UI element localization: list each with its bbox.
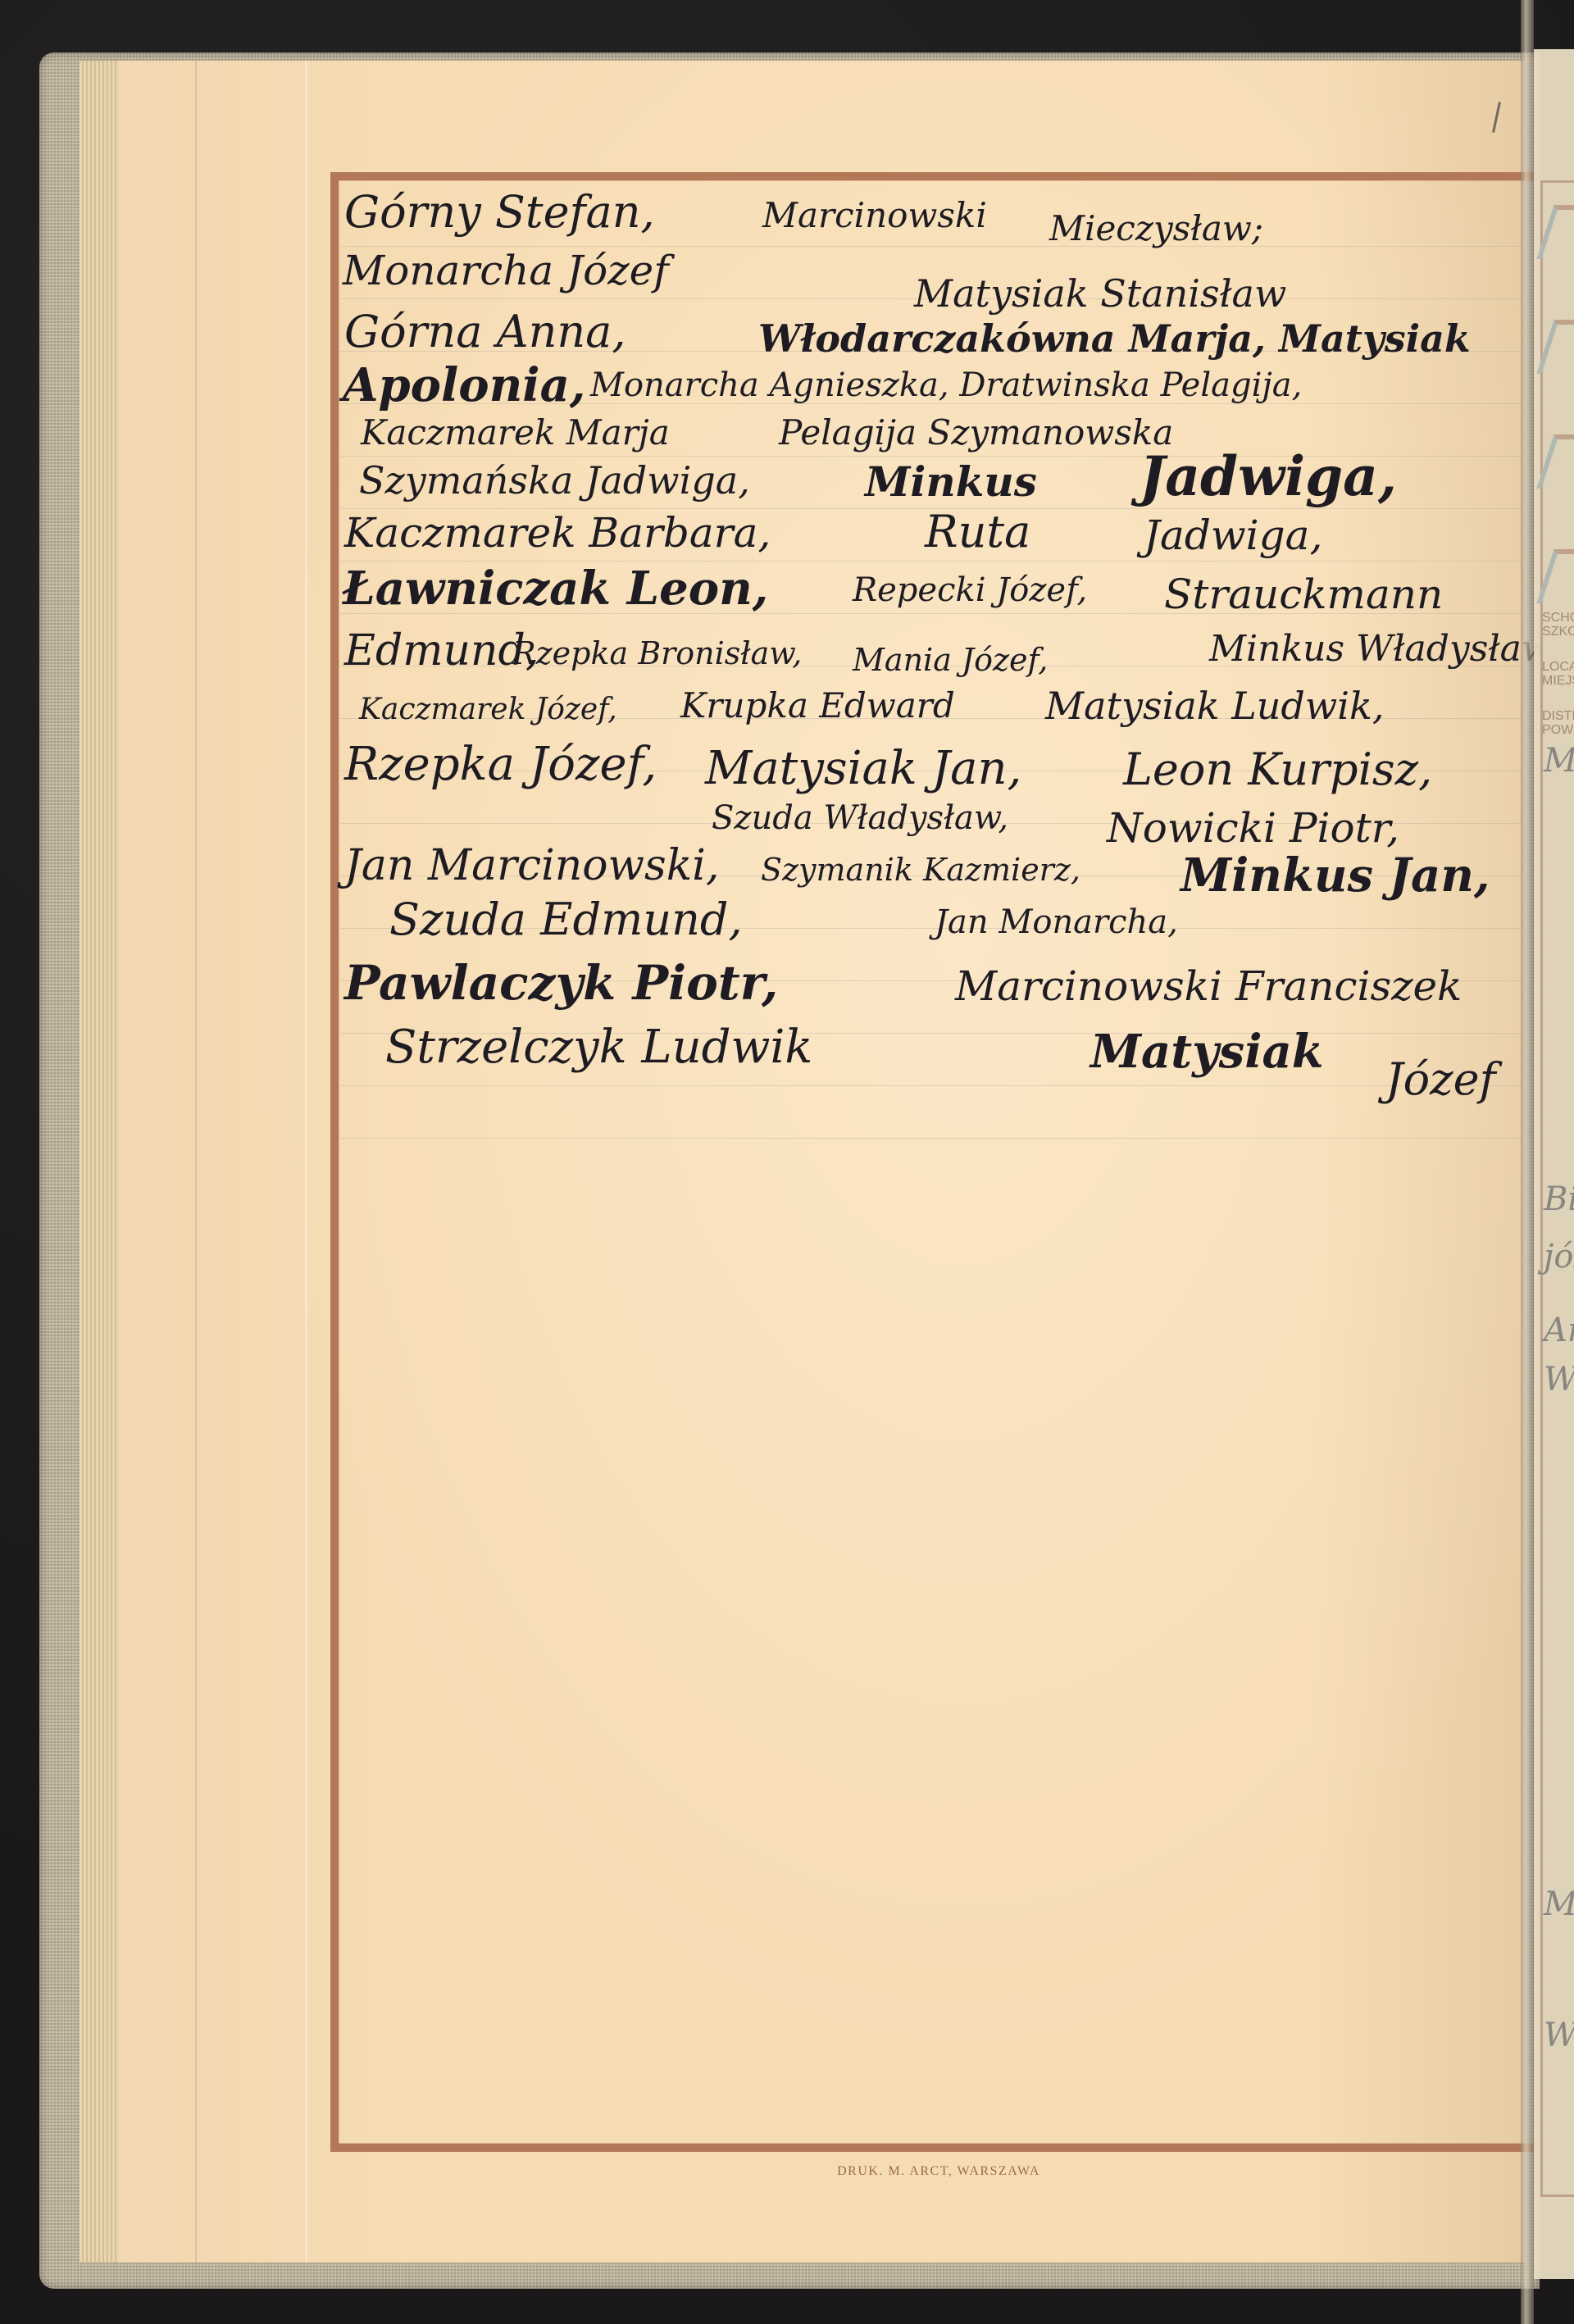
- handwritten-entry: Mieczysław;: [1049, 211, 1263, 246]
- handwritten-entry: Pawlaczyk Piotr,: [344, 959, 778, 1007]
- handwritten-entry: Kaczmarek Barbara,: [344, 512, 771, 553]
- facing-page-printed-label: POWI: [1542, 723, 1574, 737]
- facing-page-handwriting: Miejs: [1544, 742, 1574, 780]
- facing-page-printed-label: MIEJSC: [1542, 674, 1574, 688]
- handwritten-entry: Leon Kurpisz,: [1123, 748, 1432, 792]
- handwritten-entry: Pelagija Szymanowska: [779, 416, 1173, 450]
- book-gutter-transparent-sleeve: [1521, 0, 1534, 2324]
- handwritten-entry: Górna Anna,: [344, 310, 626, 354]
- handwritten-entry: Szymanik Kazmierz,: [761, 854, 1080, 885]
- handwritten-entry: Strzelczyk Ludwik: [385, 1025, 812, 1071]
- handwritten-entry: Apolonia,: [343, 362, 585, 408]
- handwritten-entry: Marcinowski Franciszek: [955, 966, 1462, 1007]
- handwritten-entry: Kaczmarek Józef,: [359, 695, 617, 725]
- facing-page-printed-label: SCHOO: [1542, 611, 1574, 625]
- handwritten-entry: Matysiak Jan,: [705, 746, 1021, 792]
- handwritten-entry: Szuda Władysław,: [712, 802, 1008, 835]
- handwritten-entry: Jan Monarcha,: [935, 906, 1178, 939]
- handwritten-entry: Kaczmarek Marja: [361, 416, 670, 450]
- facing-page-handwriting: józe: [1544, 1238, 1574, 1276]
- handwritten-entry: Jadwiga,: [1144, 515, 1322, 556]
- facing-page-printed-label: SZKOŁ: [1542, 625, 1574, 639]
- facing-page-handwriting: Bibi: [1544, 1180, 1574, 1218]
- handwritten-entry: Mania Józef,: [853, 644, 1048, 675]
- handwritten-entry: Repecki Józef,: [853, 574, 1087, 607]
- handwritten-entry: Monarcha Agnieszka, Dratwinska Pelagija,: [590, 369, 1302, 402]
- handwritten-entry: Górny Stefan,: [344, 190, 655, 234]
- page-edges: [80, 61, 121, 2263]
- handwritten-entry: Strauckmann: [1164, 574, 1443, 615]
- facing-page-printed-label: LOCA: [1542, 660, 1574, 674]
- handwritten-entry: Monarcha Józef: [343, 250, 669, 291]
- handwritten-entry: Ruta: [925, 510, 1030, 554]
- handwritten-entry: Matysiak Stanisław: [914, 275, 1286, 312]
- facing-page-edge: SCHOOSZKOŁLOCAMIEJSCDISTRPOWIMiejsBibijó…: [1534, 49, 1574, 2279]
- handwritten-entry: Szymańska Jadwiga,: [359, 462, 750, 499]
- handwritten-entry: Krupka Edward: [680, 689, 955, 723]
- facing-page-handwriting: Mad: [1544, 1885, 1574, 1923]
- handwritten-entry: Matysiak Ludwik,: [1045, 687, 1384, 725]
- handwritten-entry: Minkus Jan,: [1180, 853, 1490, 898]
- handwritten-entry: Rzepka Józef,: [344, 742, 657, 788]
- printer-imprint: DRUK. M. ARCT, WARSZAWA: [0, 2164, 1574, 2179]
- handwritten-entry: Szuda Edmund,: [389, 898, 743, 942]
- facing-page-handwriting: Ama: [1544, 1312, 1574, 1349]
- handwritten-entry: Jan Marcinowski,: [344, 844, 719, 887]
- handwritten-entry: Minkus: [865, 462, 1037, 503]
- handwritten-entry: Matysiak: [1090, 1029, 1324, 1075]
- handwritten-entry: Marcinowski: [762, 198, 987, 233]
- handwritten-entry: Jadwiga,: [1140, 449, 1397, 503]
- handwritten-entry: Minkus Władysław: [1209, 631, 1553, 667]
- facing-page-handwriting: Wład: [1544, 2017, 1574, 2054]
- facing-page-printed-label: DISTR: [1542, 709, 1574, 723]
- paper-crease: [305, 61, 307, 2263]
- handwritten-entry: Edmund,: [344, 630, 539, 672]
- ruled-line: [340, 1085, 1521, 1086]
- handwritten-entry: Rzepka Bronisław,: [512, 638, 802, 669]
- handwritten-entry: Włodarczakówna Marja, Matysiak: [758, 320, 1471, 357]
- page-fold-line: [195, 61, 197, 2263]
- handwritten-entry: Ławniczak Leon,: [343, 566, 768, 612]
- ruled-line: [340, 1138, 1521, 1139]
- facing-page-handwriting: Wła: [1544, 1361, 1574, 1398]
- handwritten-entry: Nowicki Piotr,: [1107, 807, 1399, 848]
- handwritten-entry: Józef: [1385, 1057, 1496, 1102]
